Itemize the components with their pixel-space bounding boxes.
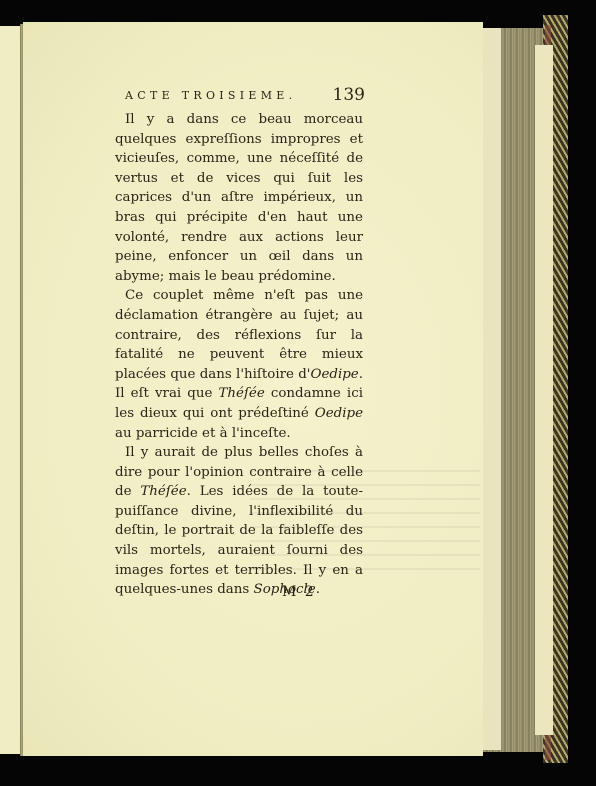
facing-left-page bbox=[0, 26, 21, 754]
running-head-title: ACTE TROISIEME. bbox=[125, 89, 296, 102]
page-edge-back bbox=[535, 45, 553, 735]
italic-name: Théſée bbox=[218, 386, 264, 401]
text-run: . Les idées de la toute-puiſſance divine… bbox=[115, 484, 363, 597]
body-text: Il y a dans ce beau morceau quelques exp… bbox=[115, 110, 363, 600]
text-run: Il y a dans ce beau morceau quelques exp… bbox=[115, 112, 363, 284]
italic-name: Oedipe bbox=[315, 406, 363, 421]
text-run: au parricide et à l'inceſte. bbox=[115, 426, 291, 441]
page-number: 139 bbox=[333, 85, 365, 105]
signature-mark: M 2 bbox=[282, 584, 316, 600]
paragraph: Il y aurait de plus belles choſes à dire… bbox=[115, 443, 363, 600]
text-run: . bbox=[316, 582, 320, 597]
paragraph: Ce couplet même n'eſt pas une déclamatio… bbox=[115, 286, 363, 443]
italic-name: Théſée bbox=[140, 484, 186, 499]
page-edge-fore bbox=[483, 28, 501, 750]
italic-name: Oedipe bbox=[310, 367, 358, 382]
paragraph: Il y a dans ce beau morceau quelques exp… bbox=[115, 110, 363, 286]
running-header: ACTE TROISIEME. 139 bbox=[125, 85, 365, 107]
